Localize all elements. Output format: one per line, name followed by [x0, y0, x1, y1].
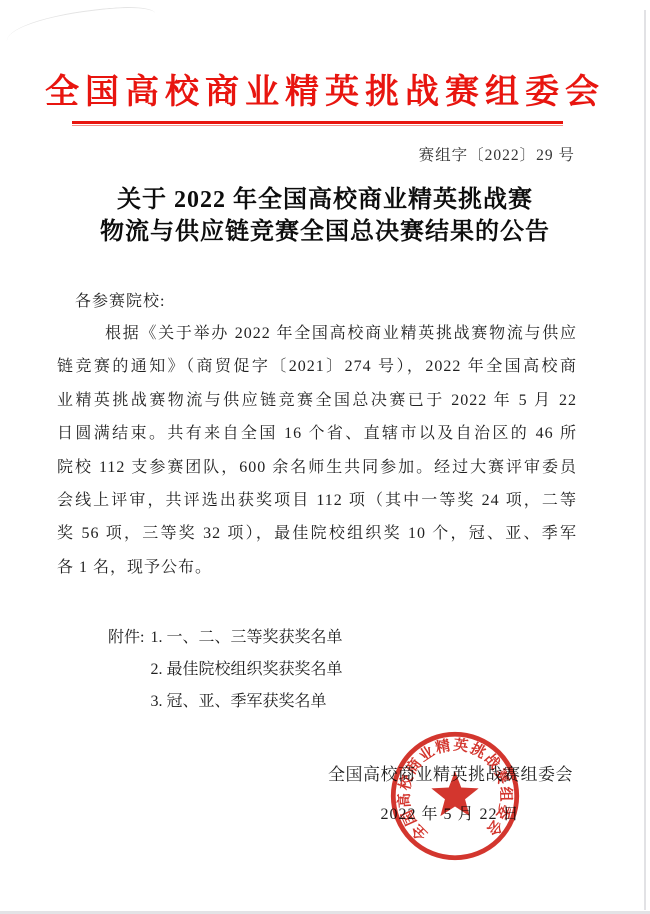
document-page: 全国高校商业精英挑战赛组委会 赛组字〔2022〕29 号 关于 2022 年全国… [0, 0, 650, 914]
attachments-items: 1. 一、二、三等奖获奖名单 2. 最佳院校组织奖获奖名单 3. 冠、亚、季军获… [150, 622, 342, 718]
document-title-line2: 物流与供应链竞赛全国总决赛结果的公告 [0, 216, 650, 248]
attachments-block: 附件: 1. 一、二、三等奖获奖名单 2. 最佳院校组织奖获奖名单 3. 冠、亚… [108, 622, 342, 718]
document-title-line1: 关于 2022 年全国高校商业精英挑战赛 [0, 184, 650, 216]
letterhead-rule-main [72, 121, 563, 124]
attachment-item: 2. 最佳院校组织奖获奖名单 [150, 654, 342, 686]
body-line: 根据《关于举办 2022 年全国高校商业精英挑战赛物流与供应 [57, 317, 577, 350]
attachment-item: 1. 一、二、三等奖获奖名单 [150, 622, 342, 654]
document-number: 赛组字〔2022〕29 号 [419, 143, 575, 165]
signature-org: 全国高校商业精英挑战赛组委会 [328, 760, 572, 785]
letterhead-rule [72, 121, 563, 126]
body-line: 奖 56 项，三等奖 32 项），最佳院校组织奖 10 个，冠、亚、季军 [57, 517, 577, 550]
letterhead-org-title: 全国高校商业精英挑战赛组委会 [0, 74, 650, 112]
salutation: 各参赛院校: [75, 288, 165, 311]
letterhead-rule-shadow [72, 125, 563, 126]
body-line: 业精英挑战赛物流与供应链竞赛全国总决赛已于 2022 年 5 月 22 [57, 384, 577, 417]
body-line: 会线上评审，共评选出获奖项目 112 项（其中一等奖 24 项，二等 [57, 484, 577, 517]
body-line: 日圆满结束。共有来自全国 16 个省、直辖市以及自治区的 46 所 [57, 417, 577, 450]
attachment-item: 3. 冠、亚、季军获奖名单 [150, 686, 342, 718]
body-paragraph: 根据《关于举办 2022 年全国高校商业精英挑战赛物流与供应 链竞赛的通知》（商… [57, 317, 577, 584]
signature-date: 2022 年 5 月 22 日 [328, 801, 572, 824]
signature-block: 全国高校商业精英挑战赛组委会 2022 年 5 月 22 日 [328, 760, 572, 824]
body-line: 各 1 名，现予公布。 [57, 551, 577, 584]
attachments-label: 附件: [108, 622, 144, 718]
document-title: 关于 2022 年全国高校商业精英挑战赛 物流与供应链竞赛全国总决赛结果的公告 [0, 184, 650, 248]
body-line: 链竞赛的通知》（商贸促字〔2021〕274 号），2022 年全国高校商 [57, 350, 577, 383]
body-line: 院校 112 支参赛团队，600 余名师生共同参加。经过大赛评审委员 [57, 451, 577, 484]
scan-corner-artifact [5, 5, 157, 50]
scan-right-edge [644, 10, 646, 910]
